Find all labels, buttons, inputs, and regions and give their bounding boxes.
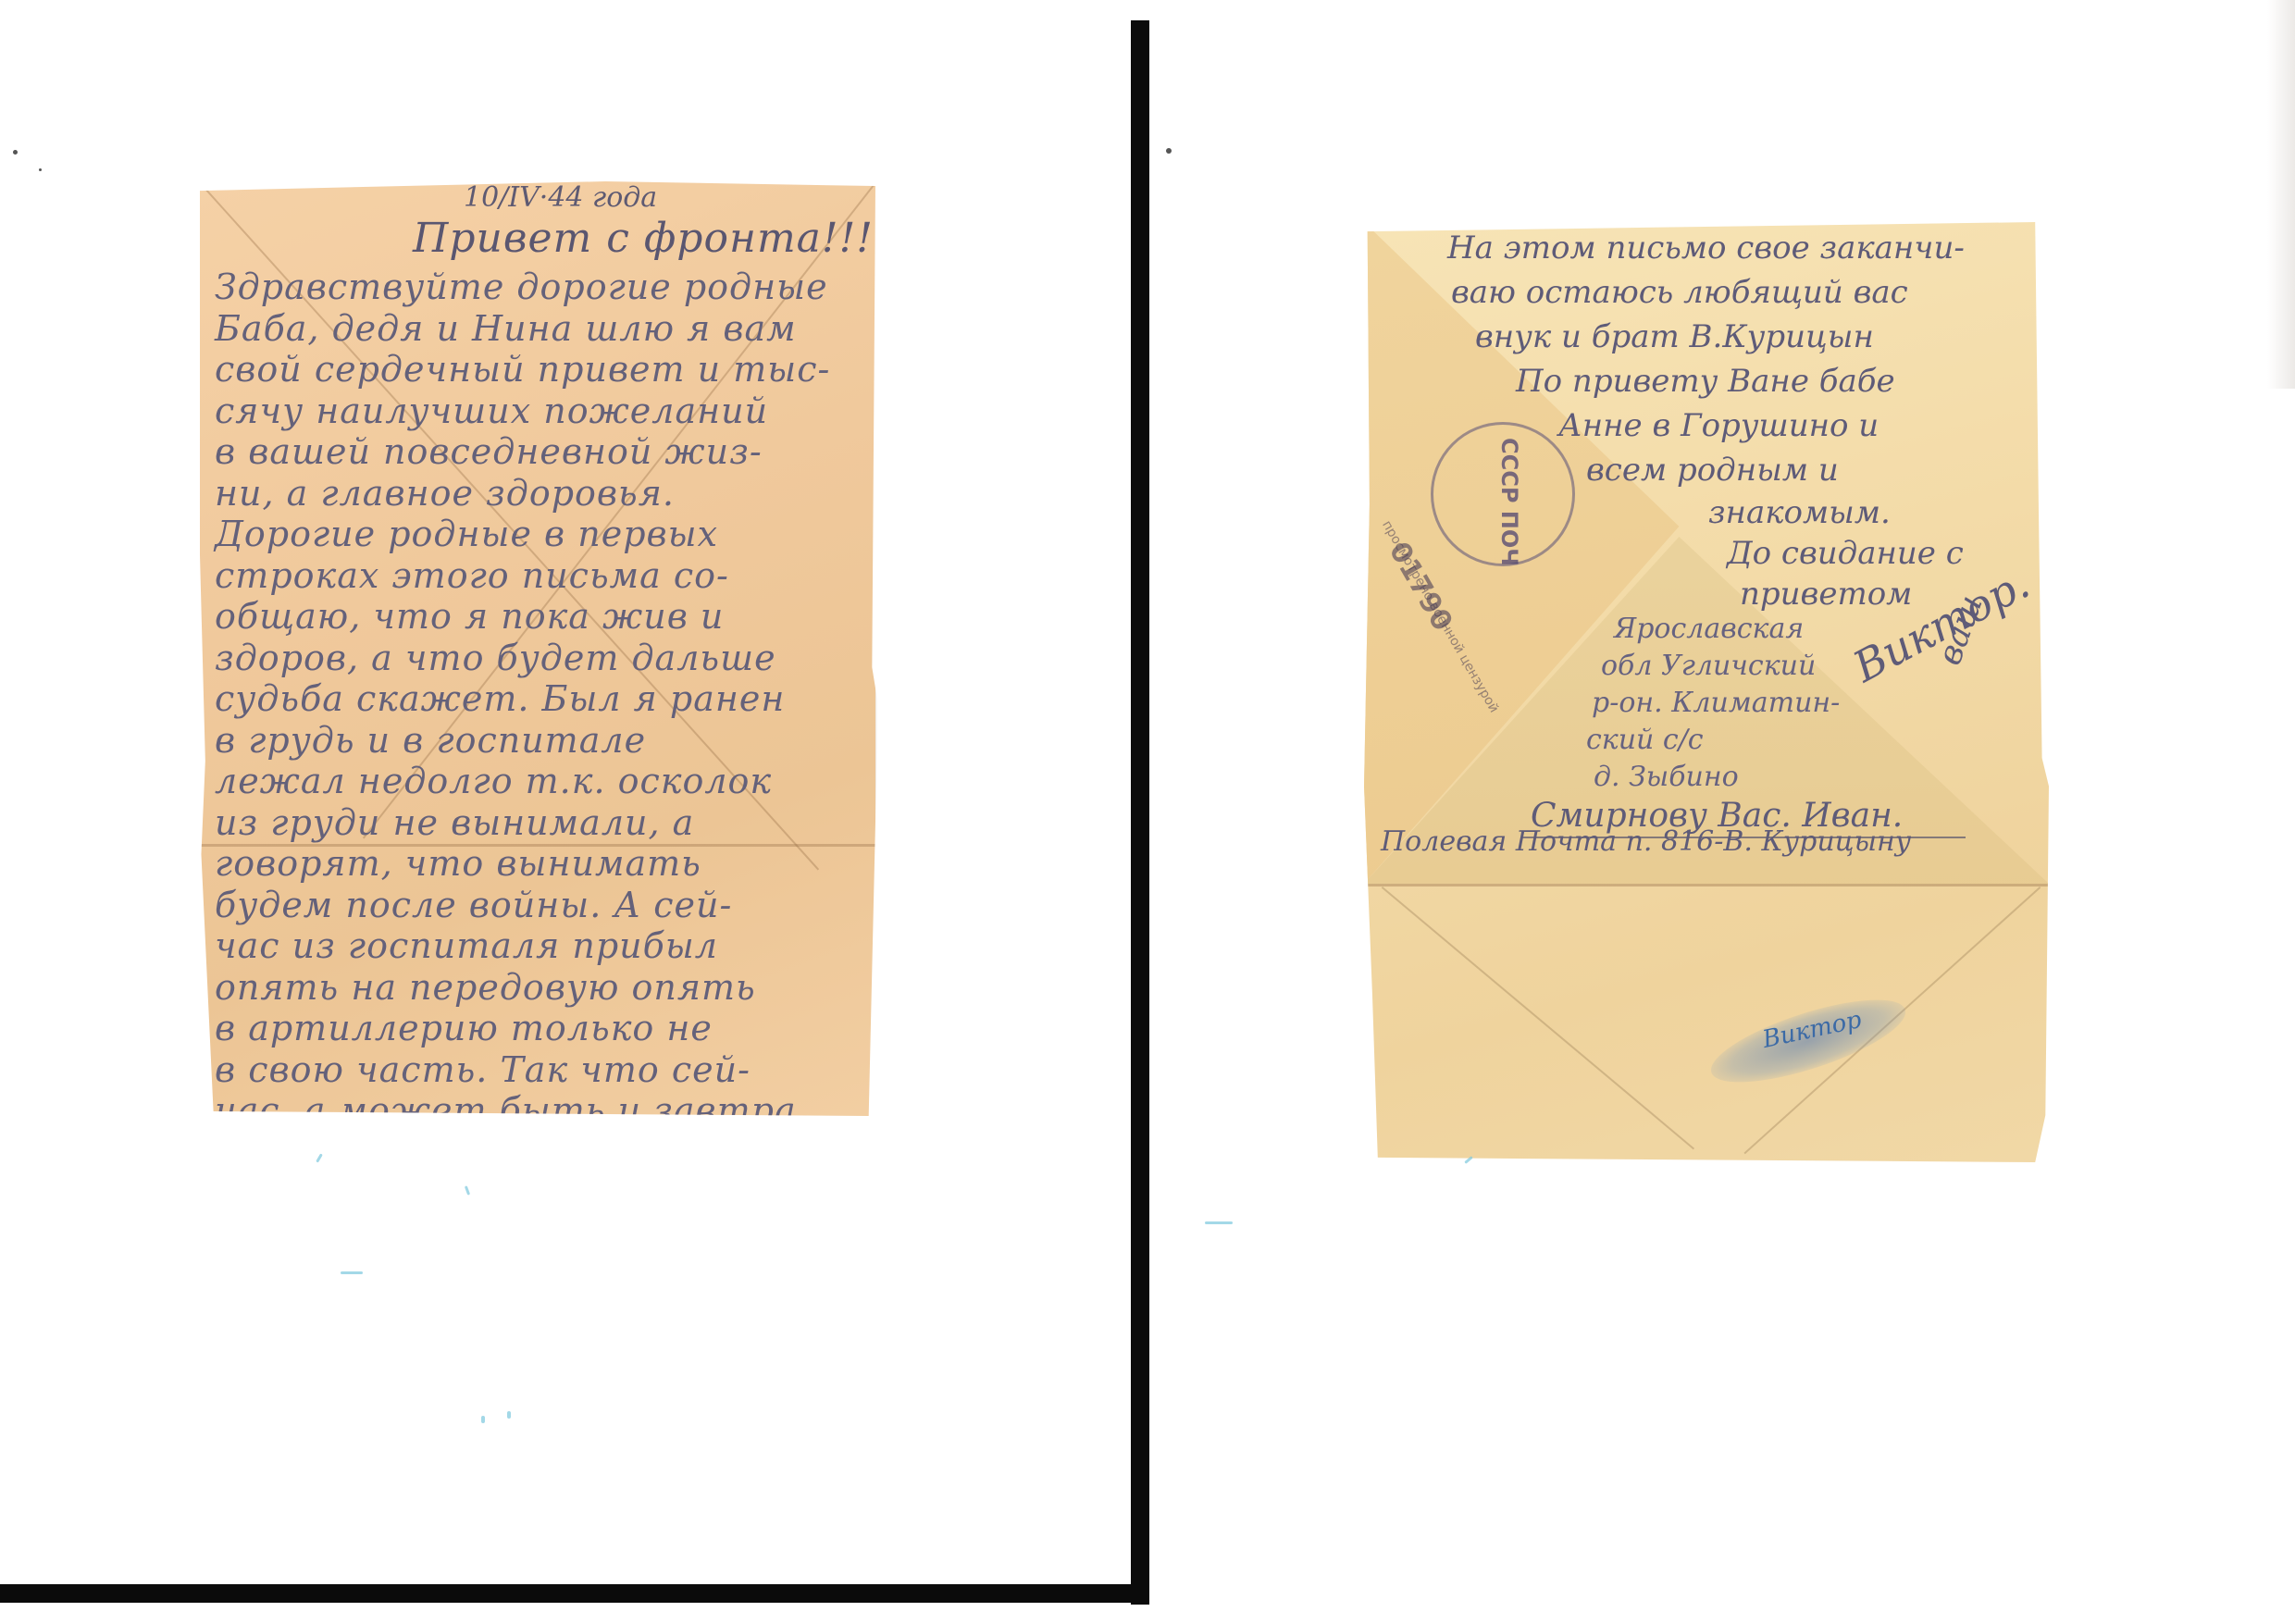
letter-line: в артиллерию только не [215, 1008, 862, 1049]
letter-greeting: Привет с фронта!!! [413, 215, 874, 262]
letter-line: придется нанести врагу сокру- [215, 1132, 862, 1173]
closing-line: всем родным и [1447, 448, 2040, 492]
letter-line: Дорогие родные в первых [215, 514, 862, 555]
closing-line: внук и брат В.Курицын [1447, 315, 2040, 359]
closing-line: ваю остаюсь любящий вас [1447, 270, 2040, 315]
address-line: д. Зыбино [1521, 759, 2040, 796]
address-line: ский с/с [1521, 722, 2040, 759]
letter-line: строках этого письма со- [215, 555, 862, 597]
letter-line: свой сердечный привет и тыс- [215, 349, 862, 391]
scan-artifact [481, 1416, 485, 1423]
letter-line: сячу наилучших пожеланий [215, 391, 862, 432]
scan-page-left: 10/IV·44 года Привет с фронта!!! Здравст… [0, 0, 1133, 1624]
letter-line: час из госпиталя прибыл [215, 925, 862, 967]
letter-line: лежал недолго т.к. осколок [215, 761, 862, 802]
letter-line: из груди не вынимали, а [215, 802, 862, 844]
letter-line: Баба, дедя и Нина шлю я вам [215, 308, 862, 350]
address-line: обл Угличский [1521, 648, 2040, 685]
dust-speck [39, 168, 42, 171]
farewell-text: знакомым. До свидание с приветом [1708, 492, 1949, 614]
letter-line: говорят, что вынимать [215, 843, 862, 885]
closing-line: По привету Ване бабе [1447, 359, 2040, 403]
recipient-address: Ярославская обл Угличский р-он. Климатин… [1521, 611, 2040, 838]
scan-page-right: СССР ПОЧ просмотрено военной цензурой 01… [1149, 0, 2295, 1624]
letter-line: ни, а главное здоровья. [215, 473, 862, 514]
sender-field-post: Полевая Почта п. 816-В. Курицыну [1381, 825, 2047, 858]
letter-line: общаю, что я пока жив и [215, 596, 862, 638]
scan-border-vertical [1131, 20, 1149, 1605]
address-line: Ярославская [1521, 611, 2040, 648]
letter-body: Здравствуйте дорогие родные Баба, дедя и… [215, 267, 862, 1255]
scan-artifact [341, 1271, 363, 1274]
closing-line: Анне в Горушино и [1447, 403, 2040, 448]
letter-line: час, а может быть и завтра [215, 1090, 862, 1132]
letter-line: в грудь и в госпитале [215, 720, 862, 762]
scan-artifact [465, 1185, 470, 1195]
letter-line: Берлина. [215, 1214, 862, 1256]
letter-page: 10/IV·44 года Привет с фронта!!! Здравст… [200, 181, 875, 1116]
letter-line: опять на передовую опять [215, 967, 862, 1009]
letter-line: будем после войны. А сей- [215, 885, 862, 926]
scan-artifact [1205, 1221, 1233, 1224]
farewell-line: знакомым. [1708, 492, 1949, 533]
scan-border-bottom [0, 1584, 1147, 1603]
letter-line: шительный удар у ворот [215, 1172, 862, 1214]
letter-line: в свою часть. Так что сей- [215, 1049, 862, 1091]
envelope-bottom-flaps [1364, 886, 2049, 1162]
farewell-line: До свидание с [1727, 533, 1949, 574]
dust-speck [1166, 148, 1172, 154]
letter-line: Здравствуйте дорогие родные [215, 267, 862, 308]
scan-artifact [316, 1153, 323, 1162]
letter-line: здоров, а что будет дальше [215, 638, 862, 679]
address-line: р-он. Климатин- [1521, 685, 2040, 722]
letter-date: 10/IV·44 года [464, 181, 657, 214]
fold-line [1382, 886, 1694, 1149]
letter-line: в вашей повседневной жиз- [215, 431, 862, 473]
scan-artifact [507, 1411, 511, 1419]
dust-speck [13, 150, 18, 155]
page-edge-shadow [2267, 0, 2295, 389]
closing-text: На этом письмо свое заканчи- ваю остаюсь… [1447, 226, 2040, 492]
envelope-back: СССР ПОЧ просмотрено военной цензурой 01… [1364, 222, 2049, 1162]
letter-line: судьба скажет. Был я ранен [215, 678, 862, 720]
closing-line: На этом письмо свое заканчи- [1447, 226, 2040, 270]
